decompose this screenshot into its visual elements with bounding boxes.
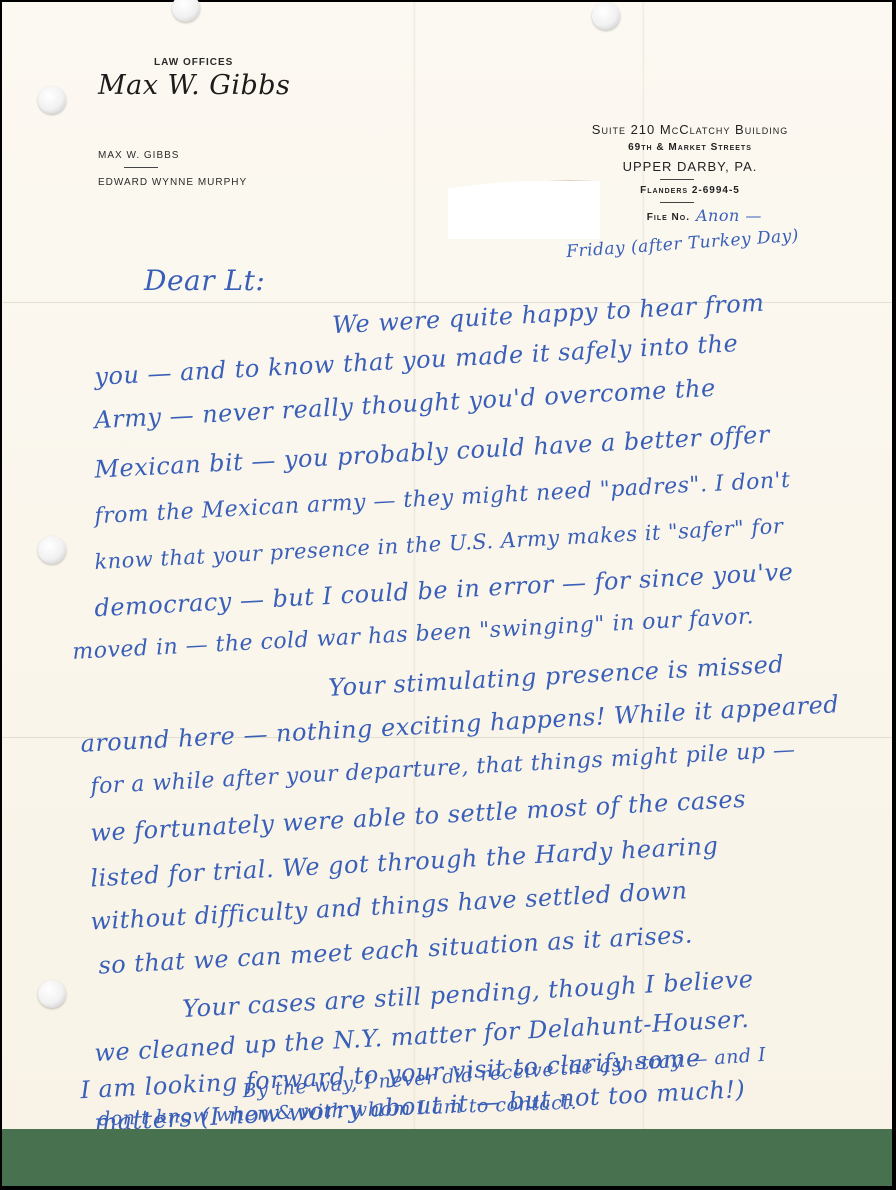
- address-suite: Suite 210 McClatchy Building: [550, 122, 830, 137]
- divider: [660, 179, 694, 180]
- punch-hole: [38, 980, 66, 1008]
- firm-name: Max W. Gibbs: [98, 70, 290, 101]
- partner-name: MAX W. GIBBS: [98, 150, 179, 161]
- punch-hole: [38, 536, 66, 564]
- letter-line: Your stimulating presence is missed: [328, 650, 785, 702]
- firm-label: LAW OFFICES: [154, 57, 233, 68]
- torn-patch: [448, 180, 600, 239]
- punch-hole: [172, 0, 200, 22]
- address-city: Upper Darby, Pa.: [550, 159, 830, 174]
- divider: [660, 202, 694, 203]
- letter-page: LAW OFFICES Max W. Gibbs MAX W. GIBBS ED…: [2, 2, 892, 1129]
- file-value: Anon —: [696, 206, 762, 225]
- salutation: Dear Lt:: [144, 264, 265, 297]
- punch-hole: [38, 86, 66, 114]
- address-streets: 69th & Market Streets: [550, 142, 830, 153]
- divider: [124, 167, 158, 168]
- letter-date: Friday (after Turkey Day): [566, 226, 800, 262]
- punch-hole: [592, 2, 620, 30]
- partner-name: EDWARD WYNNE MURPHY: [98, 177, 247, 188]
- footer-band: [2, 1129, 892, 1186]
